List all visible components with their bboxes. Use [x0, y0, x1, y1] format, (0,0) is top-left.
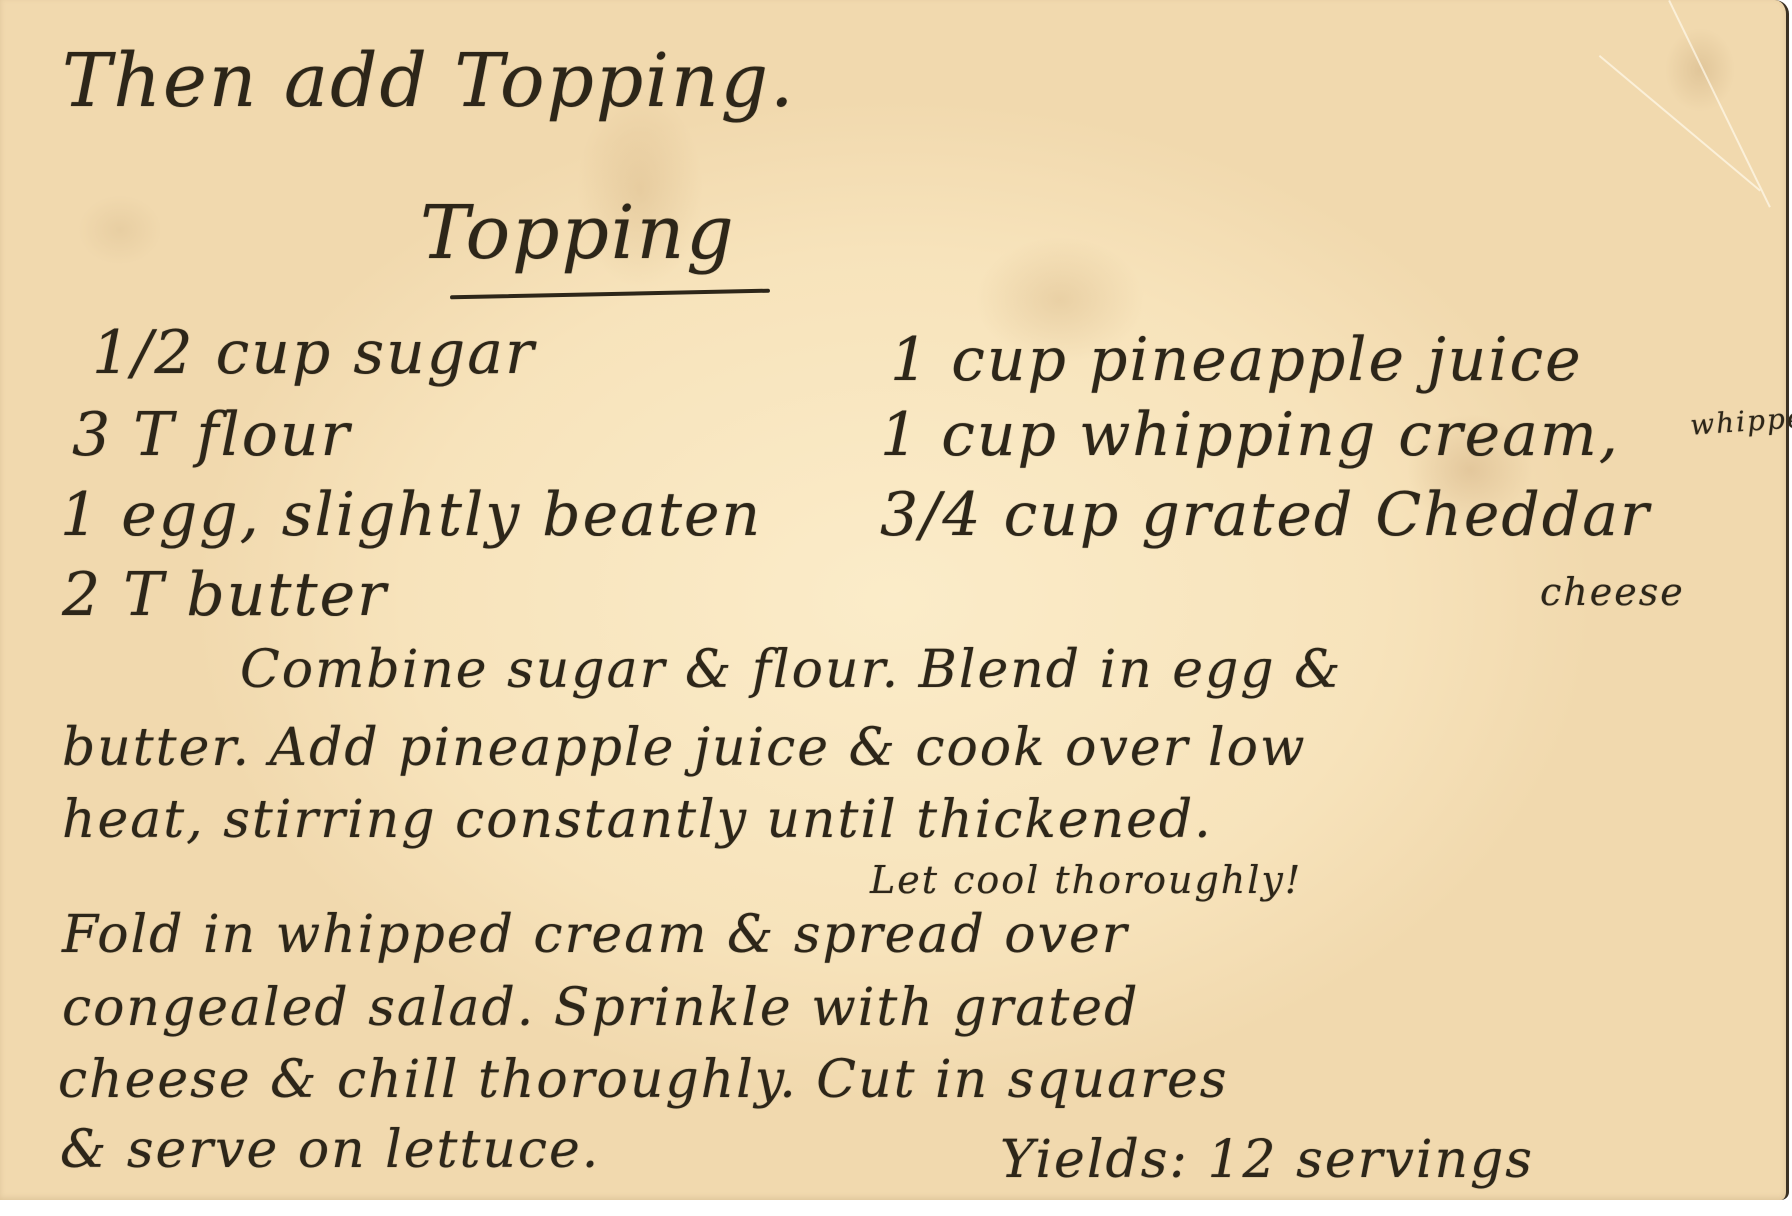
topping-title: Topping	[420, 190, 736, 276]
paper-crease	[1599, 55, 1761, 192]
ingredient-egg: 1 egg, slightly beaten	[60, 480, 762, 550]
ingredient-flour: 3 T flour	[72, 400, 351, 470]
title-underline	[450, 289, 770, 300]
direction-line-3: heat, stirring constantly until thickene…	[62, 790, 1213, 850]
direction-line-7: & serve on lettuce.	[60, 1120, 600, 1180]
yield-text: Yields: 12 servings	[1000, 1130, 1534, 1190]
intro-heading: Then add Topping.	[62, 38, 796, 124]
direction-insert-let-cool: Let cool thoroughly!	[870, 858, 1302, 902]
direction-line-6: cheese & chill thoroughly. Cut in square…	[58, 1050, 1228, 1110]
ingredient-sugar: 1/2 cup sugar	[92, 318, 536, 388]
ingredient-whipping-cream: 1 cup whipping cream,	[880, 400, 1620, 470]
direction-line-4: Fold in whipped cream & spread over	[62, 905, 1129, 965]
recipe-card: Then add Topping. Topping 1/2 cup sugar …	[0, 0, 1789, 1200]
ingredient-pineapple-juice: 1 cup pineapple juice	[890, 325, 1583, 395]
ingredient-whipping-cream-note: whipped	[1689, 399, 1792, 441]
direction-line-2: butter. Add pineapple juice & cook over …	[62, 718, 1306, 778]
ingredient-cheddar-continuation: cheese	[1540, 570, 1685, 614]
direction-line-1: Combine sugar & flour. Blend in egg &	[240, 640, 1342, 700]
ingredient-butter: 2 T butter	[62, 560, 388, 630]
paper-crease	[1668, 0, 1771, 208]
ingredient-cheddar: 3/4 cup grated Cheddar	[880, 480, 1651, 550]
direction-line-5: congealed salad. Sprinkle with grated	[62, 978, 1139, 1038]
